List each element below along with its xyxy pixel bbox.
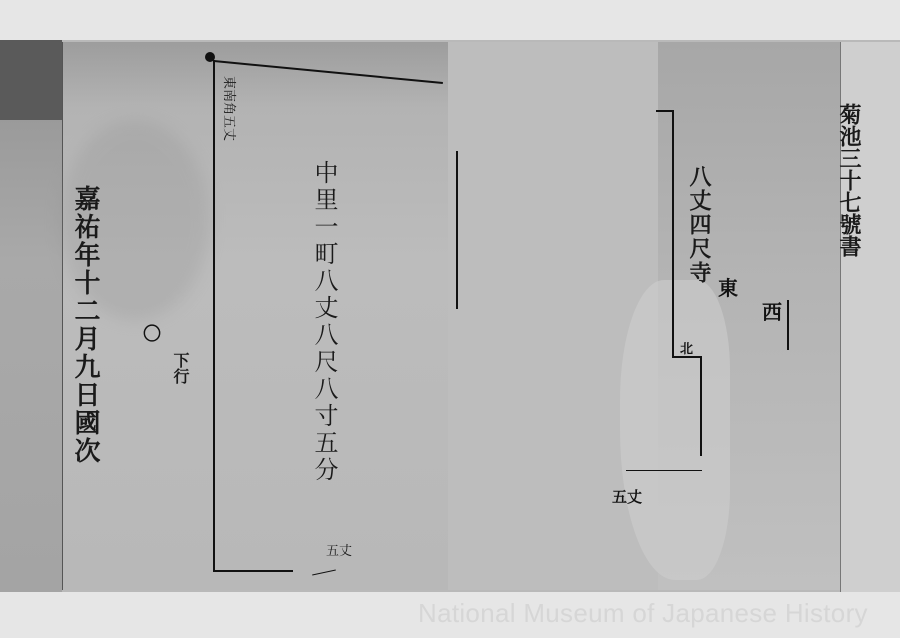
- main-entry: 中里一町八丈八尺八寸五分: [312, 160, 336, 484]
- date-line: 嘉祐年十二月九日國次: [72, 185, 98, 465]
- right-margin-label: 菊池三十七號書: [838, 103, 860, 257]
- top-annotation: 東南角五丈: [221, 76, 240, 141]
- right-mark-stroke: [787, 300, 789, 350]
- plot-frame-left-line: [213, 60, 215, 572]
- right-frame-bottom-line: [626, 470, 702, 471]
- right-section-heading: 八丈四尺寺: [688, 165, 710, 285]
- left-dark-stain: [0, 40, 62, 120]
- plot-frame-right-line: [456, 151, 458, 309]
- worn-paper-patch: [620, 280, 730, 580]
- right-frame-left-line: [672, 112, 674, 357]
- middle-paper-sheet: [448, 42, 658, 590]
- right-mark-west: 西: [762, 296, 782, 325]
- right-small-mark: 北: [680, 338, 693, 357]
- plot-frame-bottom-line: [213, 570, 293, 572]
- museum-watermark: National Museum of Japanese History: [418, 598, 868, 629]
- bottom-corner-note: 五丈: [326, 540, 352, 559]
- right-frame-lower-line: [700, 356, 702, 456]
- small-note-left: 下行: [172, 352, 188, 384]
- left-paper-strip: [0, 40, 62, 592]
- circle-mark: 〇: [143, 320, 161, 346]
- right-bottom-note: 五丈: [612, 486, 642, 507]
- right-mark-east: 東: [718, 272, 738, 301]
